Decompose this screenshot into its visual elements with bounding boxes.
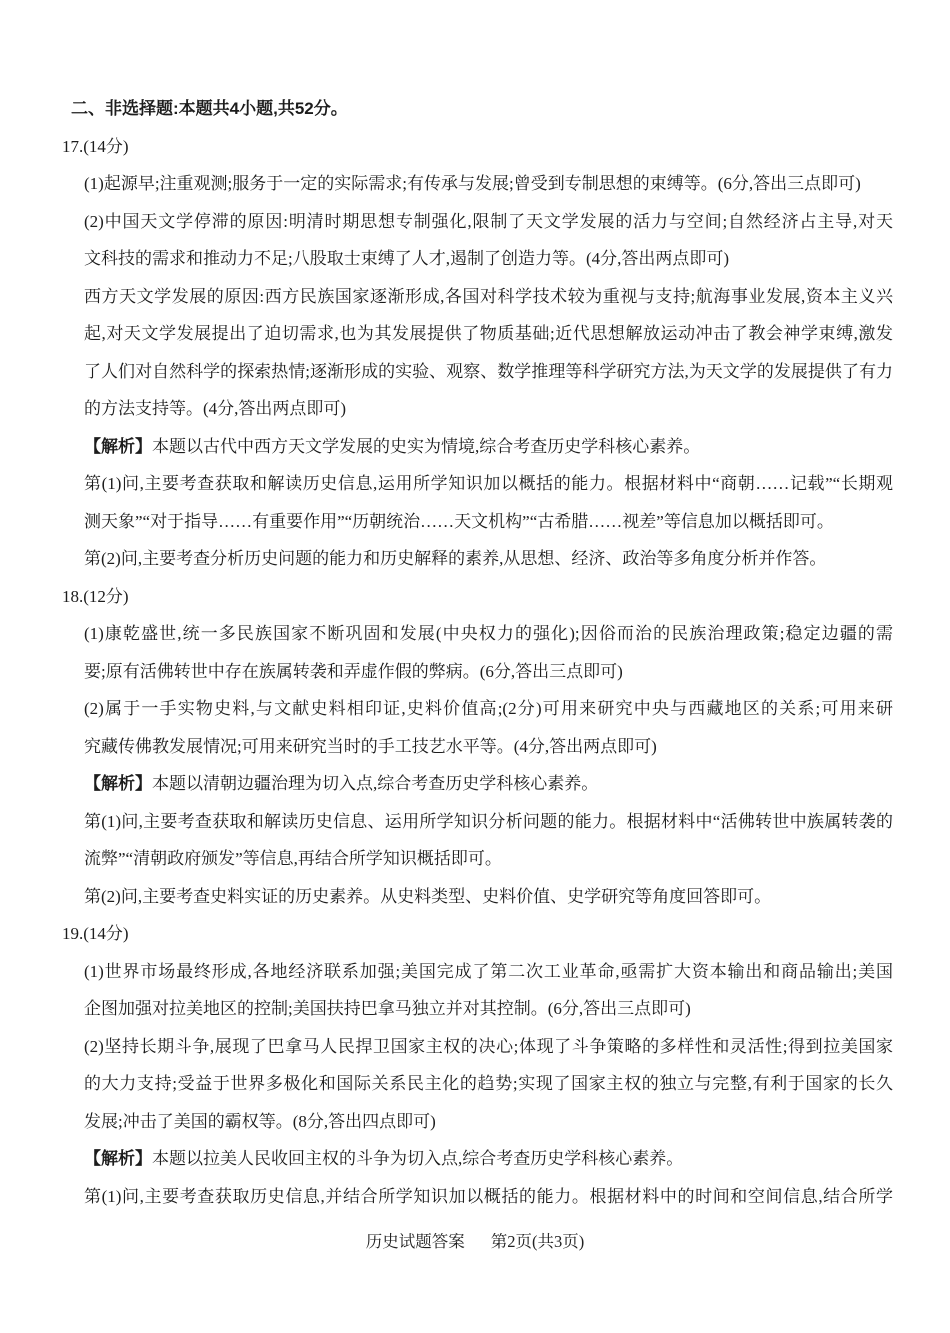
q18-analysis-line4: 第(2)问,主要考查史料实证的历史素养。从史料类型、史料价值、史学研究等角度回答…	[84, 878, 893, 916]
footer-doc-title: 历史试题答案	[366, 1232, 465, 1251]
q17-answer2-line6: 的方法支持等。(4分,答出两点即可)	[84, 390, 893, 428]
q19-answer1-line2: 企图加强对拉美地区的控制;美国扶持巴拿马独立并对其控制。(6分,答出三点即可)	[84, 990, 893, 1028]
q18-analysis-line1: 【解析】本题以清朝边疆治理为切入点,综合考查历史学科核心素养。	[84, 765, 893, 803]
q17-answer2-line2: 文科技的需求和推动力不足;八股取士束缚了人才,遏制了创造力等。(4分,答出两点即…	[84, 240, 893, 278]
question-18-number: 18.(12分)	[62, 578, 950, 616]
q19-answer1-line1: (1)世界市场最终形成,各地经济联系加强;美国完成了第二次工业革命,亟需扩大资本…	[84, 953, 893, 991]
question-17-number: 17.(14分)	[62, 128, 950, 166]
q18-answer1-line2: 要;原有活佛转世中存在族属转袭和弄虚作假的弊病。(6分,答出三点即可)	[84, 653, 893, 691]
q19-answer2-line2: 的大力支持;受益于世界多极化和国际关系民主化的趋势;实现了国家主权的独立与完整,…	[84, 1065, 893, 1103]
q17-answer2-line1: (2)中国天文学停滞的原因:明清时期思想专制强化,限制了天文学发展的活力与空间;…	[84, 203, 893, 241]
q17-answer2-line4: 起,对天文学发展提出了迫切需求,也为其发展提供了物质基础;近代思想解放运动冲击了…	[84, 315, 893, 353]
page-footer: 历史试题答案第2页(共3页)	[0, 1228, 950, 1252]
q19-answer2-line1: (2)坚持长期斗争,展现了巴拿马人民捍卫国家主权的决心;体现了斗争策略的多样性和…	[84, 1028, 893, 1066]
section-heading: 二、非选择题:本题共4小题,共52分。	[71, 90, 950, 128]
q17-answer2-line5: 了人们对自然科学的探索热情;逐渐形成的实验、观察、数学推理等科学研究方法,为天文…	[84, 353, 893, 391]
exam-answer-page: 二、非选择题:本题共4小题,共52分。 17.(14分) (1)起源早;注重观测…	[0, 0, 950, 1333]
q18-analysis-label: 【解析】	[84, 774, 152, 793]
q18-analysis-text: 本题以清朝边疆治理为切入点,综合考查历史学科核心素养。	[152, 774, 598, 793]
question-19-number: 19.(14分)	[62, 915, 950, 953]
q19-answer2-line3: 发展;冲击了美国的霸权等。(8分,答出四点即可)	[84, 1103, 893, 1141]
q17-answer2-line3: 西方天文学发展的原因:西方民族国家逐渐形成,各国对科学技术较为重视与支持;航海事…	[84, 278, 893, 316]
q18-answer2-line1: (2)属于一手实物史料,与文献史料相印证,史料价值高;(2分)可用来研究中央与西…	[84, 690, 893, 728]
footer-page-info: 第2页(共3页)	[491, 1232, 585, 1251]
q17-analysis-line2: 第(1)问,主要考查获取和解读历史信息,运用所学知识加以概括的能力。根据材料中“…	[84, 465, 893, 503]
q19-analysis-line1: 【解析】本题以拉美人民收回主权的斗争为切入点,综合考查历史学科核心素养。	[84, 1140, 893, 1178]
q17-analysis-label: 【解析】	[84, 437, 152, 456]
q19-analysis-line2: 第(1)问,主要考查获取历史信息,并结合所学知识加以概括的能力。根据材料中的时间…	[84, 1178, 893, 1216]
q17-analysis-text: 本题以古代中西方天文学发展的史实为情境,综合考查历史学科核心素养。	[152, 437, 700, 456]
q17-analysis-line4: 第(2)问,主要考查分析历史问题的能力和历史解释的素养,从思想、经济、政治等多角…	[84, 540, 893, 578]
q17-analysis-line3: 测天象”“对于指导……有重要作用”“历朝统治……天文机构”“古希腊……视差”等信…	[84, 503, 893, 541]
q17-answer1-line1: (1)起源早;注重观测;服务于一定的实际需求;有传承与发展;曾受到专制思想的束缚…	[84, 165, 893, 203]
q19-analysis-text: 本题以拉美人民收回主权的斗争为切入点,综合考查历史学科核心素养。	[152, 1149, 683, 1168]
q18-answer2-line2: 究藏传佛教发展情况;可用来研究当时的手工技艺水平等。(4分,答出两点即可)	[84, 728, 893, 766]
page-content: 二、非选择题:本题共4小题,共52分。 17.(14分) (1)起源早;注重观测…	[0, 0, 950, 1215]
q17-analysis-line1: 【解析】本题以古代中西方天文学发展的史实为情境,综合考查历史学科核心素养。	[84, 428, 893, 466]
q18-analysis-line2: 第(1)问,主要考查获取和解读历史信息、运用所学知识分析问题的能力。根据材料中“…	[84, 803, 893, 841]
q18-analysis-line3: 流弊”“清朝政府颁发”等信息,再结合所学知识概括即可。	[84, 840, 893, 878]
q18-answer1-line1: (1)康乾盛世,统一多民族国家不断巩固和发展(中央权力的强化);因俗而治的民族治…	[84, 615, 893, 653]
q19-analysis-label: 【解析】	[84, 1149, 152, 1168]
